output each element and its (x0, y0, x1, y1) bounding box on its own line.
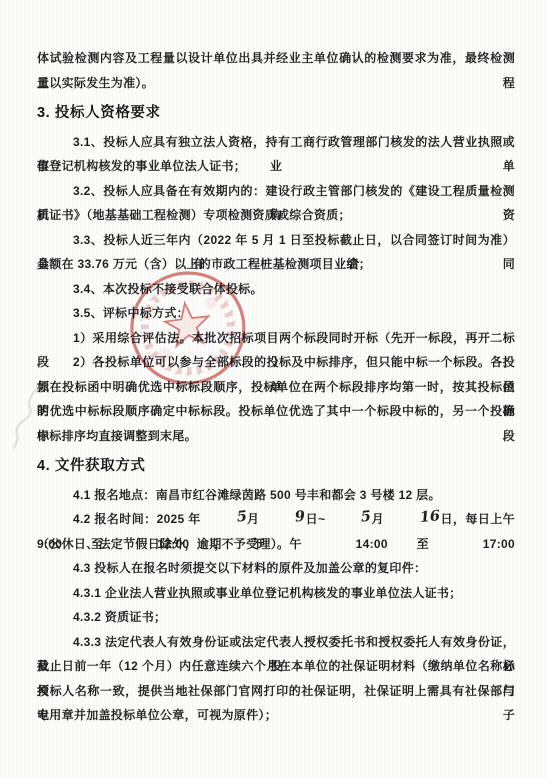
document-body: 体试验检测内容及工程量以设计单位出具并经业主单位确认的检测要求为准，最终检测工程… (37, 46, 515, 728)
printed-text: 4.2 报名时间：2025 年 (73, 512, 201, 526)
document-line: 4.3.1 企业法人营业执照或事业单位登记机构核发的事业单位法人证书； (37, 581, 515, 606)
document-line: 截止日前一年（12 个月）内任意连续六个月在本单位的社保证明材料（缴纳单位名称必… (37, 654, 515, 679)
printed-text: 日~ (306, 512, 326, 526)
document-line: 3.1、投标人应具有独立法人资格，持有工商行政管理部门核发的法人营业执照或事业单 (37, 130, 515, 155)
scanned-document-page: 体试验检测内容及工程量以设计单位出具并经业主单位确认的检测要求为准，最终检测工程… (0, 0, 548, 778)
document-line: 1）采用综合评估法。本批次招标项目两个标段同时开标（先开一标段，再开二标段）； (37, 326, 515, 351)
document-line: 3.3、投标人近三年内（2022 年 5 月 1 日至投标截止日，以合同签订时间… (37, 228, 515, 253)
document-line: 须在投标函中明确优选中标标段顺序，投标单位在两个标段排序均第一时，按其投标函明确 (37, 375, 515, 400)
handwritten-date-text: 5 (325, 510, 372, 529)
document-line: 4.3.3 法定代表人有效身份证或法定代表人授权委托书和授权委托人有效身份证，及… (37, 630, 515, 655)
document-line: 4.1 报名地点：南昌市红谷滩绿茵路 500 号丰和都会 3 号楼 12 层。 (37, 483, 515, 508)
document-line: 投标人名称一致，提供当地社保部门官网打印的社保证明，社保证明上需具有社保部门电子 (37, 679, 515, 704)
document-line: 体试验检测内容及工程量以设计单位出具并经业主单位确认的检测要求为准，最终检测工程 (37, 46, 515, 71)
document-line: 4.2 报名时间：2025 年5月9日~5月16日，每日上午 9:00 至 12… (37, 507, 515, 532)
handwritten-date-text: 16 (384, 509, 441, 529)
document-line: 3.5、评标中标方式： (37, 301, 515, 326)
printed-text: 月 (372, 512, 385, 526)
handwritten-date-text: 9 (259, 510, 306, 529)
document-line: 4.3 投标人在报名时须提交以下材料的原件及加盖公章的复印件： (37, 556, 515, 581)
section-heading: 4. 文件获取方式 (37, 454, 515, 479)
section-heading: 3. 投标人资格要求 (37, 101, 515, 126)
document-line: 2）各投标单位可以参与全部标段的投标及中标排序，但只能中标一个标段。各投标单位 (37, 350, 515, 375)
handwritten-date-text: 5 (200, 510, 247, 529)
document-line: 4.3.2 资质证书； (37, 605, 515, 630)
document-line: 3.4、本次投标不接受联合体投标。 (37, 277, 515, 302)
document-line: 的优选中标标段顺序确定中标标段。投标单位优选了其中一个标段中标的，另一个投标标段 (37, 399, 515, 424)
document-line: 3.2、投标人应具备在有效期内的：建设行政主管部门核发的《建设工程质量检测机构资 (37, 179, 515, 204)
